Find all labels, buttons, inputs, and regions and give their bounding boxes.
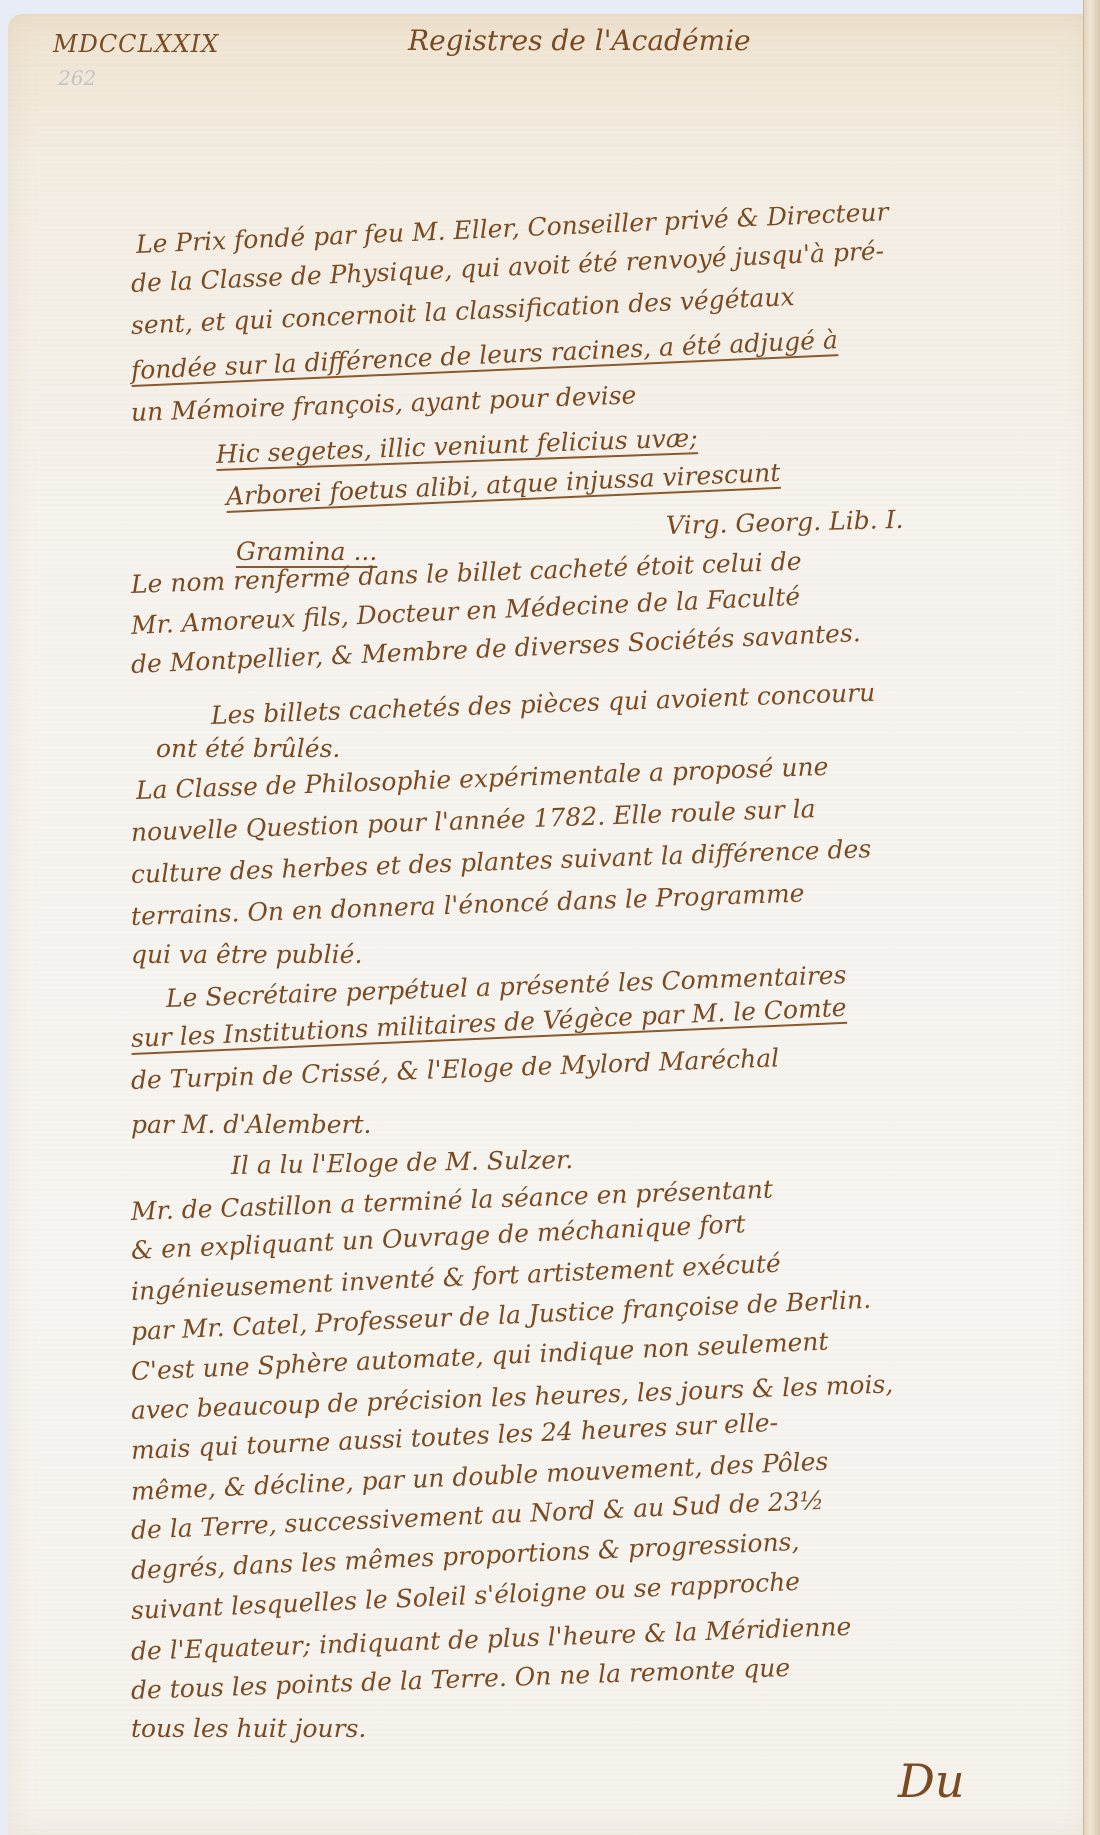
text-line: tous les huit jours.	[131, 1714, 366, 1743]
text-line: Il a lu l'Eloge de M. Sulzer.	[231, 1145, 574, 1180]
running-title: Registres de l'Académie	[408, 24, 751, 57]
manuscript-page: MDCCLXXIX Registres de l'Académie 262 Le…	[8, 14, 1090, 1835]
text-line: ont été brûlés.	[156, 734, 340, 763]
signature-catchword: Du	[898, 1754, 965, 1808]
text-line: Les billets cachetés des pièces qui avoi…	[210, 677, 875, 729]
folio-number: 262	[58, 66, 96, 90]
book-gutter-edge	[1083, 0, 1100, 1835]
text-line: terrains. On en donnera l'énoncé dans le…	[130, 879, 804, 931]
text-line: de Turpin de Crissé, & l'Eloge de Mylord…	[130, 1044, 779, 1096]
text-line: qui va être publié.	[131, 940, 362, 969]
scan-background	[0, 0, 1100, 14]
text-line: un Mémoire françois, ayant pour devise	[130, 380, 636, 427]
latin-verse-line: Hic segetes, illic veniunt felicius uvæ;	[215, 423, 698, 469]
citation-line: Virg. Georg. Lib. I.	[666, 505, 904, 540]
year-roman-numeral: MDCCLXXIX	[53, 30, 219, 58]
page-header: MDCCLXXIX Registres de l'Académie	[53, 24, 1050, 64]
text-line: par M. d'Alembert.	[131, 1110, 371, 1139]
